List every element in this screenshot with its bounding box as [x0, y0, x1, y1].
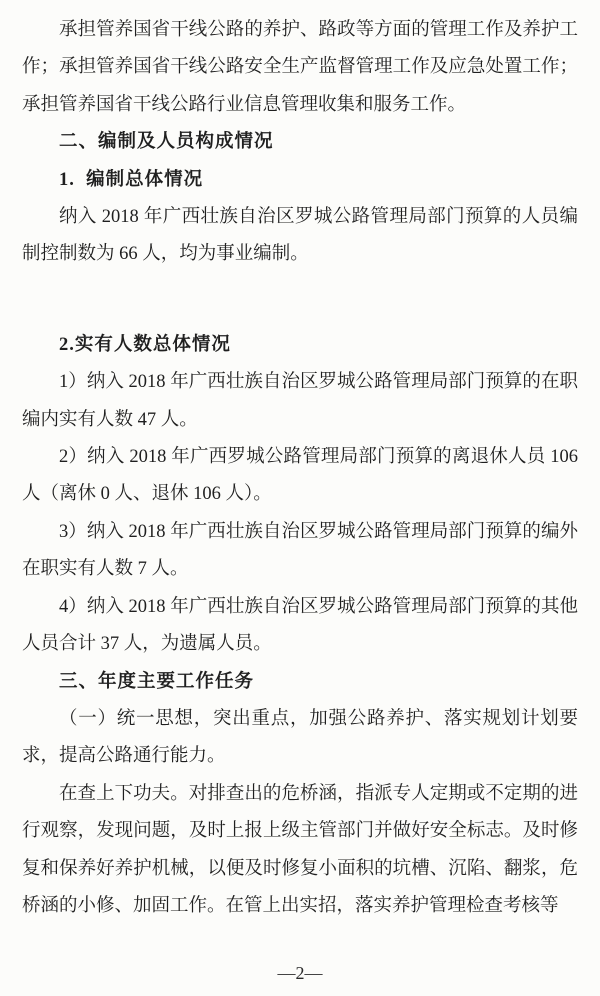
- subsection-heading-establishment: 1. 编制总体情况: [22, 162, 578, 199]
- page-footer: —2—: [0, 963, 600, 984]
- paragraph-other-personnel-count: 4）纳入 2018 年广西壮族自治区罗城公路管理局部门预算的其他人员合计 37 …: [22, 589, 578, 664]
- paragraph-retired-count: 2）纳入 2018 年广西罗城公路管理局部门预算的离退休人员 106 人（离休 …: [22, 439, 578, 514]
- paragraph-onduty-count: 1）纳入 2018 年广西壮族自治区罗城公路管理局部门预算的在职编内实有人数 4…: [22, 364, 578, 439]
- page-number: —2—: [278, 963, 323, 983]
- paragraph-offestablishment-count: 3）纳入 2018 年广西壮族自治区罗城公路管理局部门预算的编外在职实有人数 7…: [22, 514, 578, 589]
- paragraph-task-inspection: 在查上下功夫。对排查出的危桥涵，指派专人定期或不定期的进行观察，发现问题，及时上…: [22, 776, 578, 926]
- paragraph-duties: 承担管养国省干线公路的养护、路政等方面的管理工作及养护工作；承担管养国省干线公路…: [22, 12, 578, 124]
- subsection-heading-actual-headcount: 2.实有人数总体情况: [22, 327, 578, 364]
- paragraph-task-one: （一）统一思想，突出重点，加强公路养护、落实规划计划要求，提高公路通行能力。: [22, 701, 578, 776]
- section-heading-staffing: 二、编制及人员构成情况: [22, 124, 578, 161]
- paragraph-establishment-count: 纳入 2018 年广西壮族自治区罗城公路管理局部门预算的人员编制控制数为 66 …: [22, 199, 578, 274]
- document-page: 承担管养国省干线公路的养护、路政等方面的管理工作及养护工作；承担管养国省干线公路…: [0, 0, 600, 996]
- document-body: 承担管养国省干线公路的养护、路政等方面的管理工作及养护工作；承担管养国省干线公路…: [22, 12, 578, 925]
- section-heading-annual-tasks: 三、年度主要工作任务: [22, 664, 578, 701]
